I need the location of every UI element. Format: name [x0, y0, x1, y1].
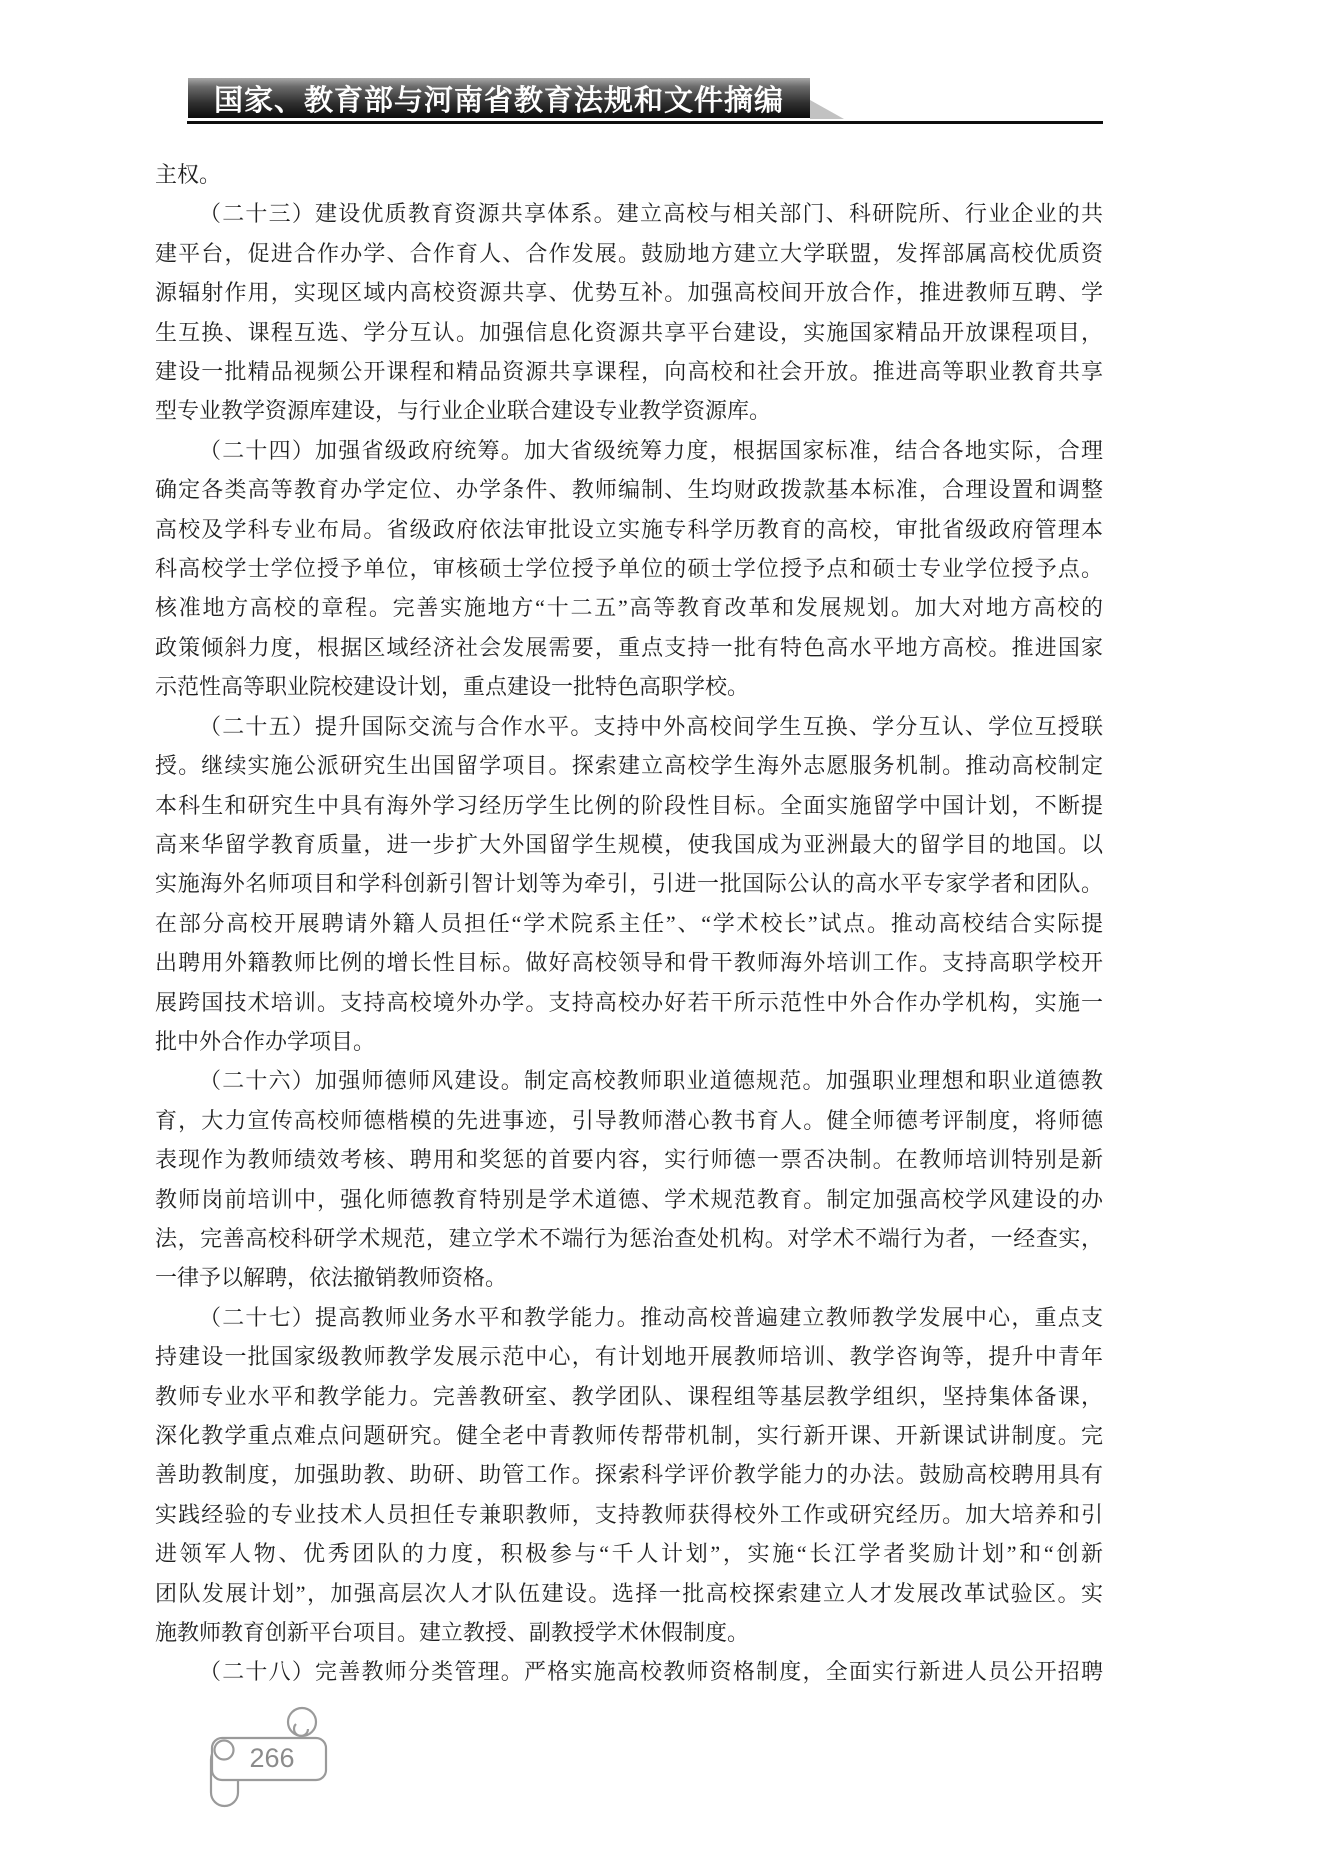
text-line: 型专业教学资源库建设，与行业企业联合建设专业教学资源库。 — [155, 391, 1103, 430]
text-line: 批中外合作办学项目。 — [155, 1022, 1103, 1061]
text-line: 实践经验的专业技术人员担任专兼职教师，支持教师获得校外工作或研究经历。加大培养和… — [155, 1495, 1103, 1534]
text-line: 生互换、课程互选、学分互认。加强信息化资源共享平台建设，实施国家精品开放课程项目… — [155, 313, 1103, 352]
text-line: 确定各类高等教育办学定位、办学条件、教师编制、生均财政拨款基本标准，合理设置和调… — [155, 470, 1103, 509]
text-line: 展跨国技术培训。支持高校境外办学。支持高校办好若干所示范性中外合作办学机构，实施… — [155, 983, 1103, 1022]
text-line: 深化教学重点难点问题研究。健全老中青教师传帮带机制，实行新开课、开新课试讲制度。… — [155, 1416, 1103, 1455]
text-line: 源辐射作用，实现区域内高校资源共享、优势互补。加强高校间开放合作，推进教师互聘、… — [155, 273, 1103, 312]
text-line: （二十六）加强师德师风建设。制定高校教师职业道德规范。加强职业理想和职业道德教 — [155, 1061, 1103, 1100]
header-rule — [187, 121, 1103, 124]
text-line: 核准地方高校的章程。完善实施地方“十二五”高等教育改革和发展规划。加大对地方高校… — [155, 588, 1103, 627]
text-line: 政策倾斜力度，根据区域经济社会发展需要，重点支持一批有特色高水平地方高校。推进国… — [155, 628, 1103, 667]
page-number: 266 — [240, 1743, 304, 1774]
text-line: （二十四）加强省级政府统筹。加大省级统筹力度，根据国家标准，结合各地实际，合理 — [155, 431, 1103, 470]
text-line: 进领军人物、优秀团队的力度，积极参与“千人计划”，实施“长江学者奖励计划”和“创… — [155, 1534, 1103, 1573]
text-line: 授。继续实施公派研究生出国留学项目。探索建立高校学生海外志愿服务机制。推动高校制… — [155, 746, 1103, 785]
text-line: 高校及学科专业布局。省级政府依法审批设立实施专科学历教育的高校，审批省级政府管理… — [155, 510, 1103, 549]
text-line: （二十八）完善教师分类管理。严格实施高校教师资格制度，全面实行新进人员公开招聘 — [155, 1652, 1103, 1691]
text-line: 实施海外名师项目和学科创新引智计划等为牵引，引进一批国际公认的高水平专家学者和团… — [155, 864, 1103, 903]
text-line: 育，大力宣传高校师德楷模的先进事迹，引导教师潜心教书育人。健全师德考评制度，将师… — [155, 1101, 1103, 1140]
text-line: 建平台，促进合作办学、合作育人、合作发展。鼓励地方建立大学联盟，发挥部属高校优质… — [155, 234, 1103, 273]
text-line: 善助教制度，加强助教、助研、助管工作。探索科学评价教学能力的办法。鼓励高校聘用具… — [155, 1455, 1103, 1494]
header-banner: 国家、教育部与河南省教育法规和文件摘编 — [188, 78, 810, 118]
text-line: 法，完善高校科研学术规范，建立学术不端行为惩治查处机构。对学术不端行为者，一经查… — [155, 1219, 1103, 1258]
text-line: 主权。 — [155, 155, 1103, 194]
banner-arrow-icon — [810, 100, 846, 120]
text-line: 团队发展计划”，加强高层次人才队伍建设。选择一批高校探索建立人才发展改革试验区。… — [155, 1574, 1103, 1613]
text-line: 高来华留学教育质量，进一步扩大外国留学生规模，使我国成为亚洲最大的留学目的地国。… — [155, 825, 1103, 864]
text-line: 一律予以解聘，依法撤销教师资格。 — [155, 1258, 1103, 1297]
text-line: 教师专业水平和教学能力。完善教研室、教学团队、课程组等基层教学组织，坚持集体备课… — [155, 1377, 1103, 1416]
text-line: 科高校学士学位授予单位，审核硕士学位授予单位的硕士学位授予点和硕士专业学位授予点… — [155, 549, 1103, 588]
text-line: 本科生和研究生中具有海外学习经历学生比例的阶段性目标。全面实施留学中国计划，不断… — [155, 786, 1103, 825]
text-line: 在部分高校开展聘请外籍人员担任“学术院系主任”、“学术校长”试点。推动高校结合实… — [155, 904, 1103, 943]
text-line: 持建设一批国家级教师教学发展示范中心，有计划地开展教师培训、教学咨询等，提升中青… — [155, 1337, 1103, 1376]
page-number-scroll-icon: 266 — [200, 1698, 340, 1818]
text-line: 施教师教育创新平台项目。建立教授、副教授学术休假制度。 — [155, 1613, 1103, 1652]
text-line: 建设一批精品视频公开课程和精品资源共享课程，向高校和社会开放。推进高等职业教育共… — [155, 352, 1103, 391]
text-line: 出聘用外籍教师比例的增长性目标。做好高校领导和骨干教师海外培训工作。支持高职学校… — [155, 943, 1103, 982]
document-page: 国家、教育部与河南省教育法规和文件摘编 主权。（二十三）建设优质教育资源共享体系… — [0, 0, 1323, 1871]
text-line: 教师岗前培训中，强化师德教育特别是学术道德、学术规范教育。制定加强高校学风建设的… — [155, 1180, 1103, 1219]
header-banner-title: 国家、教育部与河南省教育法规和文件摘编 — [214, 78, 784, 119]
text-line: 表现作为教师绩效考核、聘用和奖惩的首要内容，实行师德一票否决制。在教师培训特别是… — [155, 1140, 1103, 1179]
text-line: （二十五）提升国际交流与合作水平。支持中外高校间学生互换、学分互认、学位互授联 — [155, 707, 1103, 746]
text-line: （二十七）提高教师业务水平和教学能力。推动高校普遍建立教师教学发展中心，重点支 — [155, 1298, 1103, 1337]
text-line: 示范性高等职业院校建设计划，重点建设一批特色高职学校。 — [155, 667, 1103, 706]
document-body: 主权。（二十三）建设优质教育资源共享体系。建立高校与相关部门、科研院所、行业企业… — [155, 155, 1103, 1692]
text-line: （二十三）建设优质教育资源共享体系。建立高校与相关部门、科研院所、行业企业的共 — [155, 194, 1103, 233]
